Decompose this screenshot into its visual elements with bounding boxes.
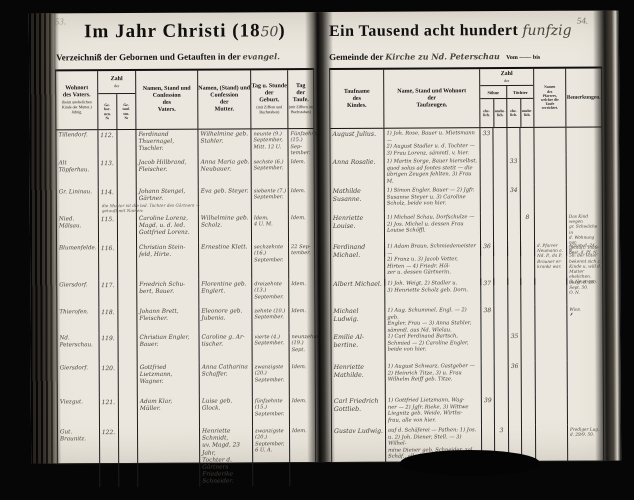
header-zahl-right-sub: der xyxy=(504,79,509,84)
header-taufzeugen: Name, Stand und Wohnort der Taufzeugen. xyxy=(384,69,480,128)
cell-mutter: Florentine geb. Englert. xyxy=(199,279,252,306)
cell-soehne-unehelich xyxy=(494,185,508,212)
cell-taufname: Henriette Mathilde. xyxy=(332,362,386,396)
cell-vater: Friedrich Schu- bert, Bauer. xyxy=(137,280,199,307)
cell-mutter: Henriette Schmidt, uv. Magd, 23 Jahr, To… xyxy=(200,426,253,486)
cell-toechter-ehelich: 36 xyxy=(509,361,522,395)
cell-nr-geboren: 113. xyxy=(99,158,118,187)
cell-geburt: dreizehnte (13.) September. xyxy=(252,279,289,306)
cell-vater: Gottfried Lietzmann, Wagner. xyxy=(138,363,200,397)
header-vater-text: Namen, Stand und Confession des Vaters. xyxy=(143,86,191,114)
cell-taufname: Carl Friedrich Gottlieb. xyxy=(332,396,386,426)
cell-wohnort: Thierofen. xyxy=(57,307,99,333)
cell-taufzeugen: 1) Joh. Rose, Bauer u. Mietsmann — 2) Au… xyxy=(384,128,480,157)
cell-nr-getauft xyxy=(118,214,137,243)
right-page-title: Ein Tausend acht hundert funfzig xyxy=(329,22,599,41)
table-row: Viezgut. 121. Adam Klar, Müller. Luise g… xyxy=(58,396,315,427)
left-page-title: Im Jahr Christi (1850) xyxy=(55,20,315,43)
table-row: Albert Michael. 1) Joh. Weigt, 2) Stadle… xyxy=(331,278,602,306)
header-wohnort: Wohnort des Vaters. (beim unehelichen Ki… xyxy=(56,71,98,129)
left-title-close: ) xyxy=(278,20,285,41)
cell-vater xyxy=(138,427,200,487)
cell-taufe: neunzehnt. (19.) Sept. xyxy=(289,332,314,362)
left-title-printed: Im Jahr Christi (18 xyxy=(84,20,261,42)
header-gebornen: Ge- bor- nen. № xyxy=(98,94,117,129)
table-row: Gut. Braunitz. 122. Henriette Schmidt, u… xyxy=(58,426,315,464)
cell-bemerkungen xyxy=(567,185,602,212)
left-title-handwritten-year: 50 xyxy=(261,24,279,40)
cell-taufe: Fünfzehnt. (15.) Sep- tember. xyxy=(288,129,313,157)
cell-nr-getauft xyxy=(119,397,138,427)
cell-nr-getauft xyxy=(119,363,138,397)
gemeinde-handwritten: Kirche zu Nd. Peterschau xyxy=(385,51,500,62)
cell-soehne-unehelich xyxy=(493,128,507,156)
cell-nr-getauft xyxy=(118,280,137,307)
cell-bemerkungen: Prediger Lug. d. 29/9. 50. xyxy=(568,425,603,462)
cell-mutter: Anna Catharina Schaffer. xyxy=(200,362,253,396)
cell-taufe: Idem. xyxy=(290,362,315,396)
cell-bemerkungen xyxy=(568,361,603,395)
cell-bemerkungen xyxy=(567,156,602,185)
cell-taufe: Idem. xyxy=(290,426,315,486)
cell-toechter-unehelich xyxy=(521,185,535,212)
left-subtitle-printed: Verzeichniß der Gebornen und Getauften i… xyxy=(56,51,240,62)
header-mutter-text: Namen, (Stand) und Confession der Mutter… xyxy=(198,85,250,113)
cell-wohnort: Blumenfelde. xyxy=(57,243,99,280)
table-row: Ferdinand Michael. 1) Adam Braun, Schmie… xyxy=(331,241,602,279)
header-toechter-unehelich: unehe- lich. xyxy=(521,99,534,127)
cell-vater: Jacob Hillbrand, Fleischer. xyxy=(137,158,199,187)
header-vater: Namen, Stand und Confession des Vaters. xyxy=(136,71,198,129)
right-title-printed: Ein Tausend acht hundert xyxy=(329,22,518,40)
header-wohnort-small: (beim unehelichen Kinde der Mutter.) xyxy=(62,100,92,109)
header-zahl-right-main: Zahl xyxy=(501,71,513,78)
table-row: Mathilde Susanne. 1) Simon Engler, Bauer… xyxy=(331,185,602,213)
cell-taufe: Idem. xyxy=(289,213,314,242)
cell-toechter-ehelich xyxy=(507,128,520,156)
cell-vater: Adam Klar, Müller. xyxy=(138,397,200,427)
cell-bemerkungen: desgl. d. 26. Sept. 50. O. N. xyxy=(567,278,602,305)
cell-taufname: Michael Ludwig. xyxy=(331,306,385,335)
cell-wohnort: Alt Töpferhau. xyxy=(57,158,99,187)
cell-toechter-unehelich xyxy=(522,395,536,425)
cell-pfarrer xyxy=(535,185,567,212)
cell-taufe: Idem. xyxy=(289,306,314,332)
left-page-subtitle: Verzeichniß der Gebornen und Getauften i… xyxy=(56,51,312,62)
cell-nr-getauft xyxy=(118,243,137,280)
header-getauften: Ge- tauf- ten. № xyxy=(117,94,135,129)
cell-taufname: August Julius. xyxy=(330,129,384,158)
interline-handwritten-note: die Mutter ist die led. Tochter des Gärt… xyxy=(102,202,272,213)
cell-nr-geboren: 116. xyxy=(99,243,118,280)
table-row: Blumenfelde. 116. Christian Stein- feld,… xyxy=(57,242,314,280)
table-row: Nd. Peterschau. 119. Christian Engler, B… xyxy=(58,332,315,363)
header-taufname-text: Taufname des Kindes. xyxy=(344,88,370,109)
cell-taufzeugen: 1) August Schwarz, Gastgeber — 2) Heinri… xyxy=(386,361,482,396)
cell-soehne-ehelich xyxy=(482,361,495,395)
cell-nr-geboren: 117. xyxy=(99,280,118,307)
cell-wohnort: Tillendorf. xyxy=(56,130,98,158)
header-soehne-unehelich: unehe- lich. xyxy=(494,99,508,127)
cell-nr-geboren: 118. xyxy=(99,307,118,333)
cell-soehne-ehelich: 38 xyxy=(481,305,494,333)
header-zahl-main: Zahl xyxy=(111,76,123,83)
cell-vater: Christian Engler, Bauer. xyxy=(138,333,200,363)
cell-soehne-ehelich: 39 xyxy=(482,395,495,425)
cell-toechter-unehelich xyxy=(520,128,534,156)
header-wohnort-main: Wohnort des Vaters. xyxy=(63,85,91,99)
cell-vater: Johann Brett, Fleischer. xyxy=(137,307,199,333)
table-row: Thierofen. 118. Johann Brett, Fleischer.… xyxy=(57,306,314,333)
cell-wohnort: Giersdorf. xyxy=(57,280,99,307)
cell-taufzeugen: 1) Gottfried Lietzmann, Wag- ner — 2) Jg… xyxy=(386,395,482,426)
table-row: Henriette Louise. 1) Michael Schau, Dorf… xyxy=(331,212,602,242)
cell-nr-geboren: 115. xyxy=(99,214,118,243)
cell-vater: Ferdinand Thuernagel, Tischler. xyxy=(136,130,198,158)
header-pfarrer-text: Namen des Pfarrers, welcher die Taufe ve… xyxy=(541,85,559,110)
table-row: Giersdorf. 120. Gottfried Lietzmann, Wag… xyxy=(58,362,315,397)
header-taufe-main: Tag der Taufe. xyxy=(293,83,309,104)
cell-nr-getauft xyxy=(117,130,136,158)
table-row: Carl Friedrich Gottlieb. 1) Gottfried Li… xyxy=(332,395,603,426)
cell-soehne-unehelich xyxy=(495,395,509,425)
header-zahl-sub: der xyxy=(114,84,119,89)
cell-pfarrer xyxy=(535,331,567,361)
header-toechter: Töchter xyxy=(507,86,533,98)
cell-wohnort: Giersdorf. xyxy=(58,363,100,397)
cell-toechter-unehelich xyxy=(522,361,536,395)
gemeinde-label: Gemeinde der xyxy=(329,52,383,62)
header-zahl: Zahl der Ge- bor- nen. № Ge- tauf- ten. … xyxy=(98,71,136,129)
cell-mutter: Wilhelmine geb. Stahler. xyxy=(198,129,251,157)
cell-wohnort: Viezgut. xyxy=(58,397,100,427)
cell-toechter-unehelich xyxy=(521,278,535,305)
header-toechter-ehelich: ehe- lich. xyxy=(507,99,521,127)
table-row: August Julius. 1) Joh. Rose, Bauer u. Mi… xyxy=(330,128,601,157)
vom-bis-label: Vom —— bis xyxy=(506,55,540,61)
cell-geburt: sechste (6.) September. xyxy=(252,157,289,186)
cell-pfarrer xyxy=(536,395,568,425)
table-row: Henriette Mathilde. 1) August Schwarz, G… xyxy=(332,361,603,396)
cell-mutter: Eleonore geb. Jubenia. xyxy=(199,306,252,332)
cell-toechter-ehelich: 33 xyxy=(508,156,521,185)
cell-toechter-ehelich: 34 xyxy=(508,185,521,212)
right-register-table: Taufname des Kindes. Name, Stand und Woh… xyxy=(329,67,604,463)
cell-nr-getauft xyxy=(118,307,137,333)
cell-pfarrer xyxy=(535,305,567,334)
cell-bemerkungen xyxy=(568,395,603,425)
cell-bemerkungen xyxy=(566,128,601,157)
cell-taufzeugen: 1) Aug. Schummel, Engl. — 2) geb. Engler… xyxy=(385,305,481,334)
left-table-body: Tillendorf. 112. Ferdinand Thuernagel, T… xyxy=(56,129,315,464)
cell-wohnort: Nied. Mälsau. xyxy=(57,214,99,243)
cell-toechter-ehelich xyxy=(508,305,521,333)
table-row: Giersdorf. 117. Friedrich Schu- bert, Ba… xyxy=(57,279,314,307)
right-title-handwritten: funfzig xyxy=(522,23,571,39)
cell-geburt: vierte (4.) September. xyxy=(252,332,289,362)
cell-geburt: sechzehnte (16.) September. xyxy=(252,242,289,279)
header-wohnort-small2: Jährig. xyxy=(71,111,82,116)
cell-wohnort: Nd. Peterschau. xyxy=(58,333,100,363)
cell-taufe: Idem. xyxy=(289,279,314,306)
cell-geburt: neunte (9.) September, Mitt. 12 U. xyxy=(251,129,288,157)
cell-nr-geboren: 120. xyxy=(100,363,119,397)
cell-taufe: Idem. xyxy=(290,396,315,426)
cell-bemerkungen: Wins. ✗ xyxy=(567,305,602,334)
header-geburt-small: (mit Ziffern und Buchstaben) xyxy=(256,106,282,115)
cell-pfarrer xyxy=(535,156,567,185)
header-mutter: Namen, (Stand) und Confession der Mutter… xyxy=(198,70,251,128)
cell-toechter-ehelich: 35 xyxy=(508,331,521,361)
header-geburt-main: Tag u. Stunde der Geburt. xyxy=(252,84,287,105)
header-soehne: Söhne xyxy=(480,86,507,98)
header-soehne-ehelich: ehe- lich. xyxy=(480,99,494,127)
cell-geburt: zehnte (10.) September. xyxy=(252,306,289,332)
cell-taufzeugen: 1) Joh. Weigt, 2) Stadler u. 3) Henriett… xyxy=(385,278,481,306)
cell-mutter: Anna Maria geb. Neubauer. xyxy=(199,157,252,186)
header-pfarrer: Namen des Pfarrers, welcher die Taufe ve… xyxy=(534,69,566,127)
cell-soehne-unehelich xyxy=(494,278,508,305)
left-subtitle-handwritten: evangel. xyxy=(243,51,280,61)
scanned-register-photo: 53. 54. Im Jahr Christi (1850) Verzeichn… xyxy=(0,0,634,500)
cell-pfarrer xyxy=(534,128,566,157)
cell-geburt: zwanzigste (20.) September, 6 U. A. xyxy=(253,426,290,486)
cell-toechter-unehelich xyxy=(521,156,535,185)
cell-taufname: Mathilde Susanne. xyxy=(331,186,385,213)
cell-toechter-unehelich xyxy=(521,305,535,333)
header-geburt: Tag u. Stunde der Geburt. (mit Ziffern u… xyxy=(251,70,288,128)
cell-nr-geboren: 112. xyxy=(98,130,117,158)
table-row: Anna Rosalie. 1) Martin Sorge, Bauer hie… xyxy=(331,156,602,186)
cell-toechter-unehelich xyxy=(521,331,535,361)
cell-taufe: Idem. xyxy=(289,157,314,186)
cell-vater: Caroline Lorenz, Magd, u. d. led. Gottfr… xyxy=(137,214,199,243)
cell-pfarrer xyxy=(536,361,568,395)
header-bemerkungen: Bemerkungen. xyxy=(566,69,601,127)
cell-soehne-unehelich xyxy=(495,361,509,395)
table-row: Tillendorf. 112. Ferdinand Thuernagel, T… xyxy=(56,129,313,158)
cell-geburt: Idem, 4 U. M. xyxy=(252,213,289,242)
table-row: Alt Töpferhau. 113. Jacob Hillbrand, Fle… xyxy=(57,157,314,187)
header-taufe-small: (mit Ziffern im Buchstaben) xyxy=(289,105,313,114)
cell-mutter: Ernestine Klett. xyxy=(199,242,252,279)
cell-taufzeugen: 1) Simon Engler, Bauer — 2) Jgfr. Susann… xyxy=(385,185,481,213)
cell-soehne-unehelich xyxy=(494,156,508,185)
cell-taufe: 22 Sep- tember. xyxy=(289,242,314,279)
header-taufe: Tag der Taufe. (mit Ziffern im Buchstabe… xyxy=(288,70,313,128)
cell-taufe: Idem. xyxy=(289,186,314,213)
bottom-shadow-blob xyxy=(400,450,540,476)
right-table-body: August Julius. 1) Joh. Rose, Bauer u. Mi… xyxy=(330,128,603,463)
cell-soehne-ehelich xyxy=(481,185,494,212)
cell-soehne-ehelich xyxy=(481,331,494,361)
cell-geburt: zwanzigste (20.) September. xyxy=(253,362,290,396)
cell-soehne-ehelich xyxy=(481,156,494,185)
cell-soehne-ehelich: 33 xyxy=(480,128,493,156)
cell-mutter: Caroline g. Ar- tischer. xyxy=(199,332,252,362)
header-taufname: Taufname des Kindes. xyxy=(330,70,384,128)
cell-nr-geboren: 119. xyxy=(100,333,119,363)
register-spread: 53. 54. Im Jahr Christi (1850) Verzeichn… xyxy=(29,10,621,463)
table-row: Nied. Mälsau. 115. Caroline Lorenz, Magd… xyxy=(57,213,314,243)
header-taufzeugen-text: Name, Stand und Wohnort der Taufzeugen. xyxy=(397,88,466,109)
cell-geburt: fünfzehnte (15.) September. xyxy=(253,396,290,426)
cell-nr-getauft xyxy=(119,427,138,487)
cell-taufzeugen: 1) Martin Sorge, Bauer hierselbst, quod … xyxy=(385,156,481,186)
cell-pfarrer xyxy=(535,278,567,305)
cell-mutter: Luise geb. Glock. xyxy=(200,396,253,426)
cell-taufname: Gustav Ludwig. xyxy=(332,426,386,463)
cell-soehne-unehelich xyxy=(494,305,508,333)
cell-soehne-ehelich: 37 xyxy=(481,278,494,305)
right-table-header: Taufname des Kindes. Name, Stand und Woh… xyxy=(330,69,601,129)
cell-nr-geboren: 122. xyxy=(100,427,119,487)
cell-soehne-unehelich xyxy=(494,331,508,361)
cell-toechter-ehelich xyxy=(508,278,521,305)
cell-toechter-ehelich xyxy=(509,395,522,425)
cell-nr-getauft xyxy=(118,158,137,187)
cell-nr-getauft xyxy=(119,333,138,363)
right-page-line2: Gemeinde der Kirche zu Nd. Peterschau Vo… xyxy=(329,51,599,62)
cell-mutter: Wilhelmine geb. Scholz. xyxy=(199,213,252,242)
cell-pfarrer xyxy=(536,425,568,462)
header-zahl-right: Zahl der Söhne Töchter ehe- lich. unehe-… xyxy=(480,69,534,127)
cell-taufname: Albert Michael. xyxy=(331,279,385,306)
cell-wohnort: Gut. Braunitz. xyxy=(58,427,100,487)
cell-taufname: Emilie Al- bertine. xyxy=(331,332,385,362)
table-row: Michael Ludwig. 1) Aug. Schummel, Engl. … xyxy=(331,305,602,332)
cell-vater: Christian Stein- feld, Hirte. xyxy=(137,243,199,280)
left-register-table: Wohnort des Vaters. (beim unehelichen Ki… xyxy=(55,68,316,464)
header-bemerkungen-text: Bemerkungen. xyxy=(567,94,601,101)
cell-wohnort: Gr. Lininau. xyxy=(57,187,99,214)
cell-taufname: Anna Rosalie. xyxy=(331,157,385,186)
left-table-header: Wohnort des Vaters. (beim unehelichen Ki… xyxy=(56,70,313,130)
cell-nr-geboren: 121. xyxy=(100,397,119,427)
cell-bemerkungen xyxy=(567,331,602,361)
cell-taufzeugen: 1) Carl Ferdinand Bartsch, Schmied — 2) … xyxy=(385,331,481,362)
table-row: Emilie Al- bertine. 1) Carl Ferdinand Ba… xyxy=(331,331,602,362)
